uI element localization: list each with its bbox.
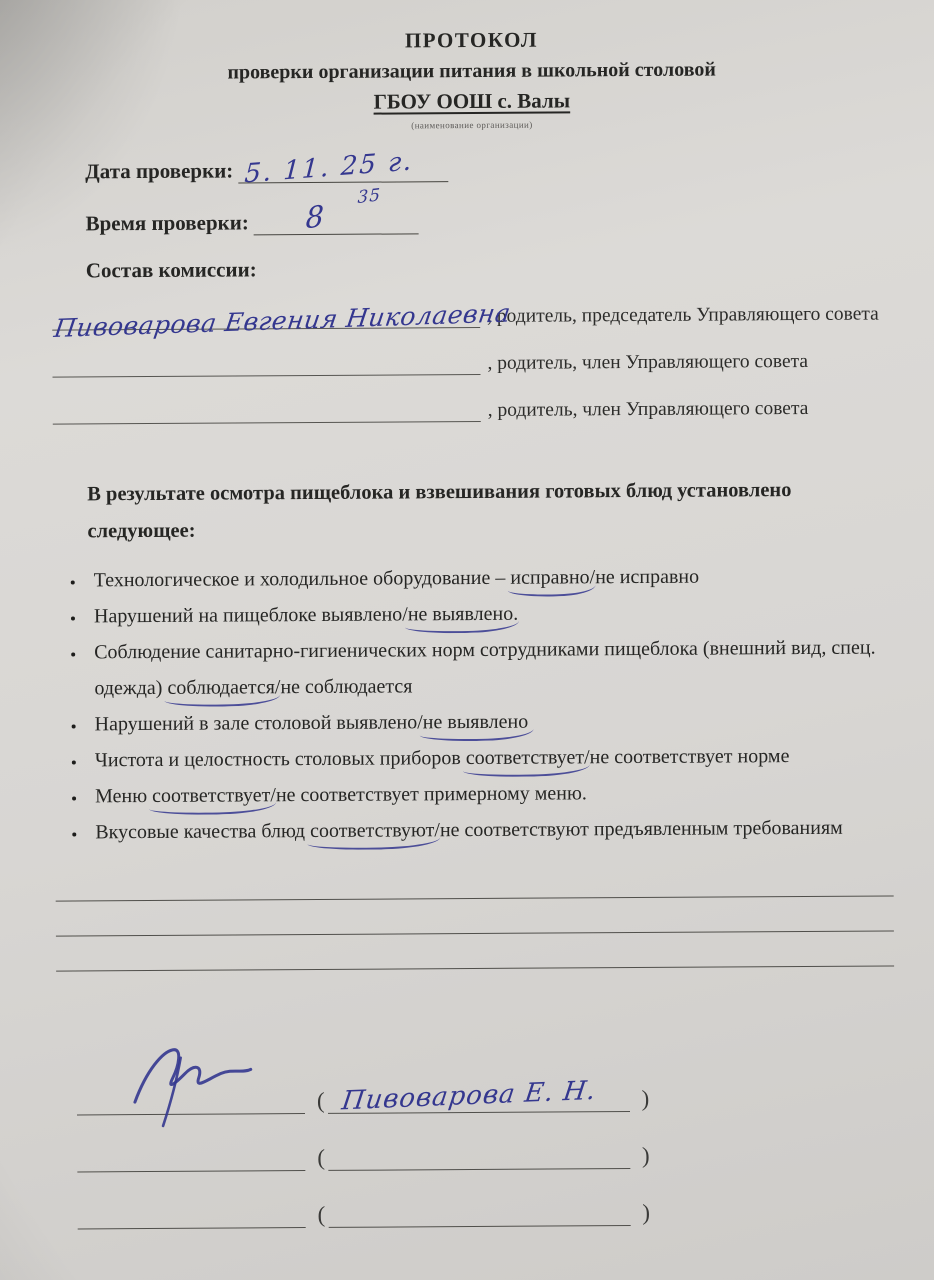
finding-text: Меню — [95, 785, 152, 807]
pen-underlined-choice: исправно — [510, 566, 589, 588]
date-write-line: 5. 11. 25 г. — [238, 154, 448, 183]
time-label: Время проверки: — [85, 210, 248, 236]
finding-item: Нарушений в зале столовой выявлено/не вы… — [87, 701, 897, 742]
finding-text: Вкусовые качества блюд — [95, 820, 310, 843]
pen-underlined-choice: соответствует — [466, 746, 584, 769]
document-page: ПРОТОКОЛ проверки организации питания в … — [50, 13, 899, 1229]
blank-write-line — [56, 931, 894, 971]
organization-caption: (наименование организации) — [51, 117, 893, 132]
signatures-section: ( Пивоварова Е. Н. ) ( ) ( — [77, 1084, 900, 1229]
commission-row: Пивоварова Евгения Николаевна , родитель… — [52, 299, 894, 330]
paren-close: ) — [642, 1143, 650, 1169]
page-subtitle: проверки организации питания в школьной … — [51, 57, 893, 85]
commission-role-label: , родитель, председатель Управляющего со… — [487, 304, 879, 328]
paren-close: ) — [642, 1086, 650, 1112]
commission-member-handwritten-name: Пивоварова Евгения Николаевна — [52, 298, 512, 343]
blank-write-line — [55, 861, 893, 901]
finding-text: /не соответствует норме — [584, 745, 789, 768]
name-write-line — [52, 349, 480, 378]
finding-text: Чистота и целостность столовых приборов — [95, 747, 466, 771]
paren-open: ( — [318, 1202, 326, 1228]
finding-item: Меню соответствует/не соответствует прим… — [87, 773, 897, 814]
signature-stroke — [129, 1041, 258, 1130]
commission-heading: Состав комиссии: — [86, 253, 894, 283]
signature-row: ( ) — [77, 1141, 899, 1172]
finding-text: Технологическое и холодильное оборудован… — [94, 567, 511, 592]
pen-underlined-choice: соответствуют — [310, 819, 434, 842]
name-write-line: Пивоварова Евгения Николаевна — [52, 302, 480, 331]
commission-row: , родитель, член Управляющего совета — [53, 393, 895, 424]
paren-open: ( — [317, 1145, 325, 1171]
signature-write-line — [77, 1145, 305, 1172]
finding-item: Соблюдение санитарно-гигиенических норм … — [86, 629, 896, 706]
finding-text: /не исправно — [590, 566, 700, 589]
commission-role-label: , родитель, член Управляющего совета — [488, 398, 809, 422]
signature-name-write-line: Пивоварова Е. Н. — [328, 1086, 630, 1114]
notes-section — [55, 861, 898, 971]
pen-underlined-choice: соответствует — [152, 784, 270, 807]
date-handwritten-value: 5. 11. 25 г. — [244, 146, 415, 189]
date-field: Дата проверки: 5. 11. 25 г. — [85, 151, 893, 184]
findings-list: Технологическое и холодильное оборудован… — [54, 557, 898, 850]
date-label: Дата проверки: — [85, 158, 233, 184]
page-title: ПРОТОКОЛ — [50, 25, 892, 55]
name-write-line — [53, 396, 481, 425]
finding-item: Чистота и целостность столовых приборов … — [87, 737, 897, 778]
signature-write-line — [77, 1088, 305, 1115]
finding-item: Нарушений на пищеблоке выявлено/не выявл… — [86, 593, 896, 634]
finding-text: /не соответствует примерному меню. — [270, 782, 587, 806]
pen-underlined-choice: не выявлено — [423, 711, 529, 734]
signature-row: ( ) — [78, 1198, 900, 1229]
time-handwritten-value: 8 — [305, 198, 324, 235]
signature-name-write-line — [328, 1143, 630, 1171]
finding-text: /не соответствуют предъявленным требован… — [434, 817, 843, 841]
findings-intro: В результате осмотра пищеблока и взвешив… — [87, 471, 895, 550]
organization-name: ГБОУ ООШ с. Валы — [51, 86, 893, 116]
finding-text: /не соблюдается — [275, 675, 413, 698]
signature-write-line — [78, 1202, 306, 1229]
commission-row: , родитель, член Управляющего совета — [52, 346, 894, 377]
time-handwritten-minutes: 35 — [357, 185, 381, 208]
paren-open: ( — [317, 1088, 325, 1114]
finding-item: Вкусовые качества блюд соответствуют/не … — [87, 809, 897, 850]
finding-text: Нарушений на пищеблоке выявлено/ — [94, 603, 408, 627]
time-write-line: 8 35 — [254, 206, 419, 235]
time-field: Время проверки: 8 35 — [85, 203, 893, 236]
finding-text: Нарушений в зале столовой выявлено/ — [95, 711, 423, 735]
document-header: ПРОТОКОЛ проверки организации питания в … — [50, 13, 893, 132]
pen-underlined-choice: соблюдается — [167, 676, 275, 699]
signature-handwritten-name: Пивоварова Е. Н. — [340, 1076, 598, 1117]
signature-row: ( Пивоварова Е. Н. ) — [77, 1084, 899, 1115]
commission-role-label: , родитель, член Управляющего совета — [487, 351, 808, 375]
blank-write-line — [56, 896, 894, 936]
signature-name-write-line — [328, 1200, 630, 1228]
paren-close: ) — [642, 1200, 650, 1226]
finding-item: Технологическое и холодильное оборудован… — [86, 557, 896, 598]
document-photo: ПРОТОКОЛ проверки организации питания в … — [0, 0, 934, 1280]
pen-underlined-choice: не выявлено — [408, 603, 514, 626]
